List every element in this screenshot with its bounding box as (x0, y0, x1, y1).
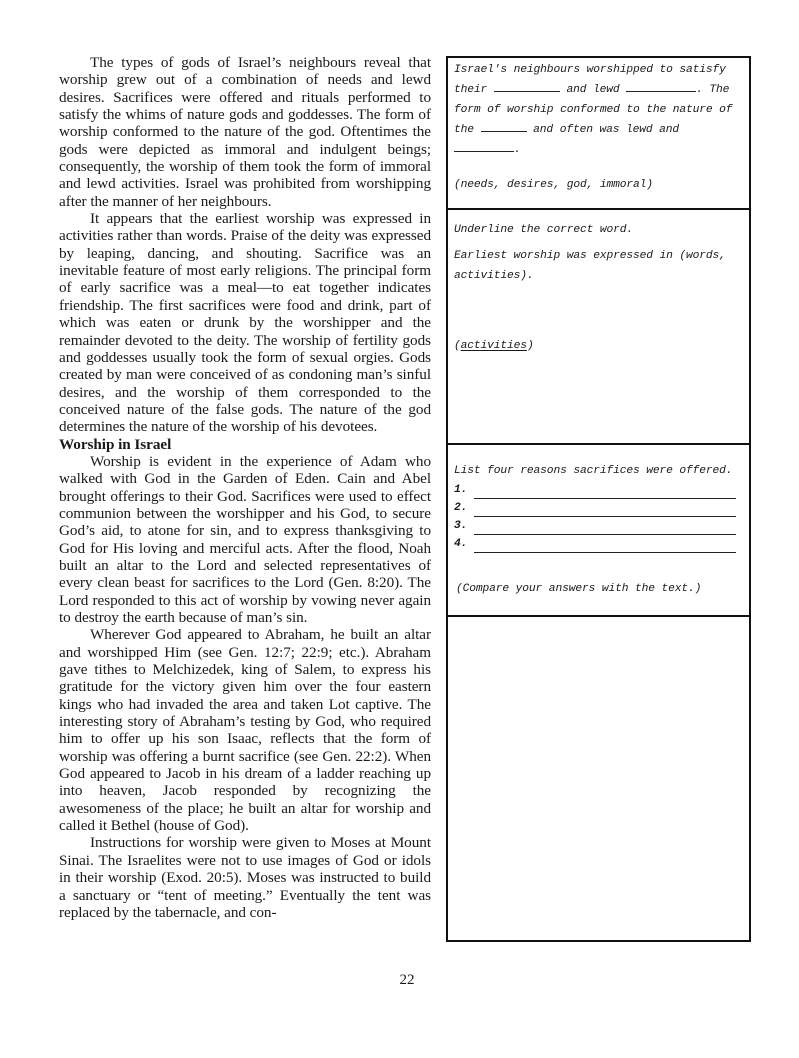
question-text: Earliest worship was expressed in (words… (454, 246, 743, 286)
instruction-text: List four reasons sacrifices were offere… (454, 461, 743, 481)
paragraph-intro-1: The types of gods of Israel’s neighbours… (59, 54, 431, 210)
list-number: 2. (454, 499, 474, 517)
paragraph-section-3: Instructions for worship were given to M… (59, 834, 431, 921)
blank-field-3[interactable] (481, 120, 527, 132)
instruction-text: Underline the correct word. (454, 220, 743, 240)
answer-word: activities (461, 340, 527, 352)
blank-field-4[interactable] (454, 140, 514, 152)
list-number: 3. (454, 517, 474, 535)
fill-in-question: Israel's neighbours worshipped to satisf… (454, 60, 743, 160)
textbook-page: The types of gods of Israel’s neighbours… (0, 0, 799, 1058)
list-number: 1. (454, 481, 474, 499)
list-item: 2. (454, 499, 743, 517)
main-text-column: The types of gods of Israel’s neighbours… (59, 54, 431, 921)
empty-panel (448, 617, 749, 940)
question-text: and lewd (566, 84, 619, 96)
answer-line-4[interactable] (474, 540, 736, 553)
workbook-sidebar: Israel's neighbours worshipped to satisf… (446, 56, 751, 942)
paragraph-section-2: Wherever God appeared to Abraham, he bui… (59, 626, 431, 834)
list-item: 4. (454, 535, 743, 553)
answer-key: (activities) (454, 336, 534, 356)
fill-in-blank-panel: Israel's neighbours worshipped to satisf… (448, 58, 749, 210)
blank-field-2[interactable] (626, 80, 696, 92)
answer-paren: ) (527, 340, 534, 352)
blank-field-1[interactable] (494, 80, 560, 92)
answer-line-1[interactable] (474, 486, 736, 499)
page-number: 22 (387, 972, 427, 989)
paragraph-intro-2: It appears that the earliest worship was… (59, 210, 431, 435)
list-panel: List four reasons sacrifices were offere… (448, 445, 749, 617)
question-text: . (514, 144, 521, 156)
list-number: 4. (454, 535, 474, 553)
answer-key: (Compare your answers with the text.) (456, 579, 701, 599)
paragraph-section-1: Worship is evident in the experience of … (59, 453, 431, 626)
answer-line-3[interactable] (474, 522, 736, 535)
section-heading: Worship in Israel (59, 436, 431, 453)
answer-line-2[interactable] (474, 504, 736, 517)
answer-key: (needs, desires, god, immoral) (454, 175, 653, 195)
underline-panel: Underline the correct word. Earliest wor… (448, 210, 749, 445)
question-text: and often was lewd and (533, 124, 679, 136)
list-item: 3. (454, 517, 743, 535)
list-item: 1. (454, 481, 743, 499)
answer-paren: ( (454, 340, 461, 352)
